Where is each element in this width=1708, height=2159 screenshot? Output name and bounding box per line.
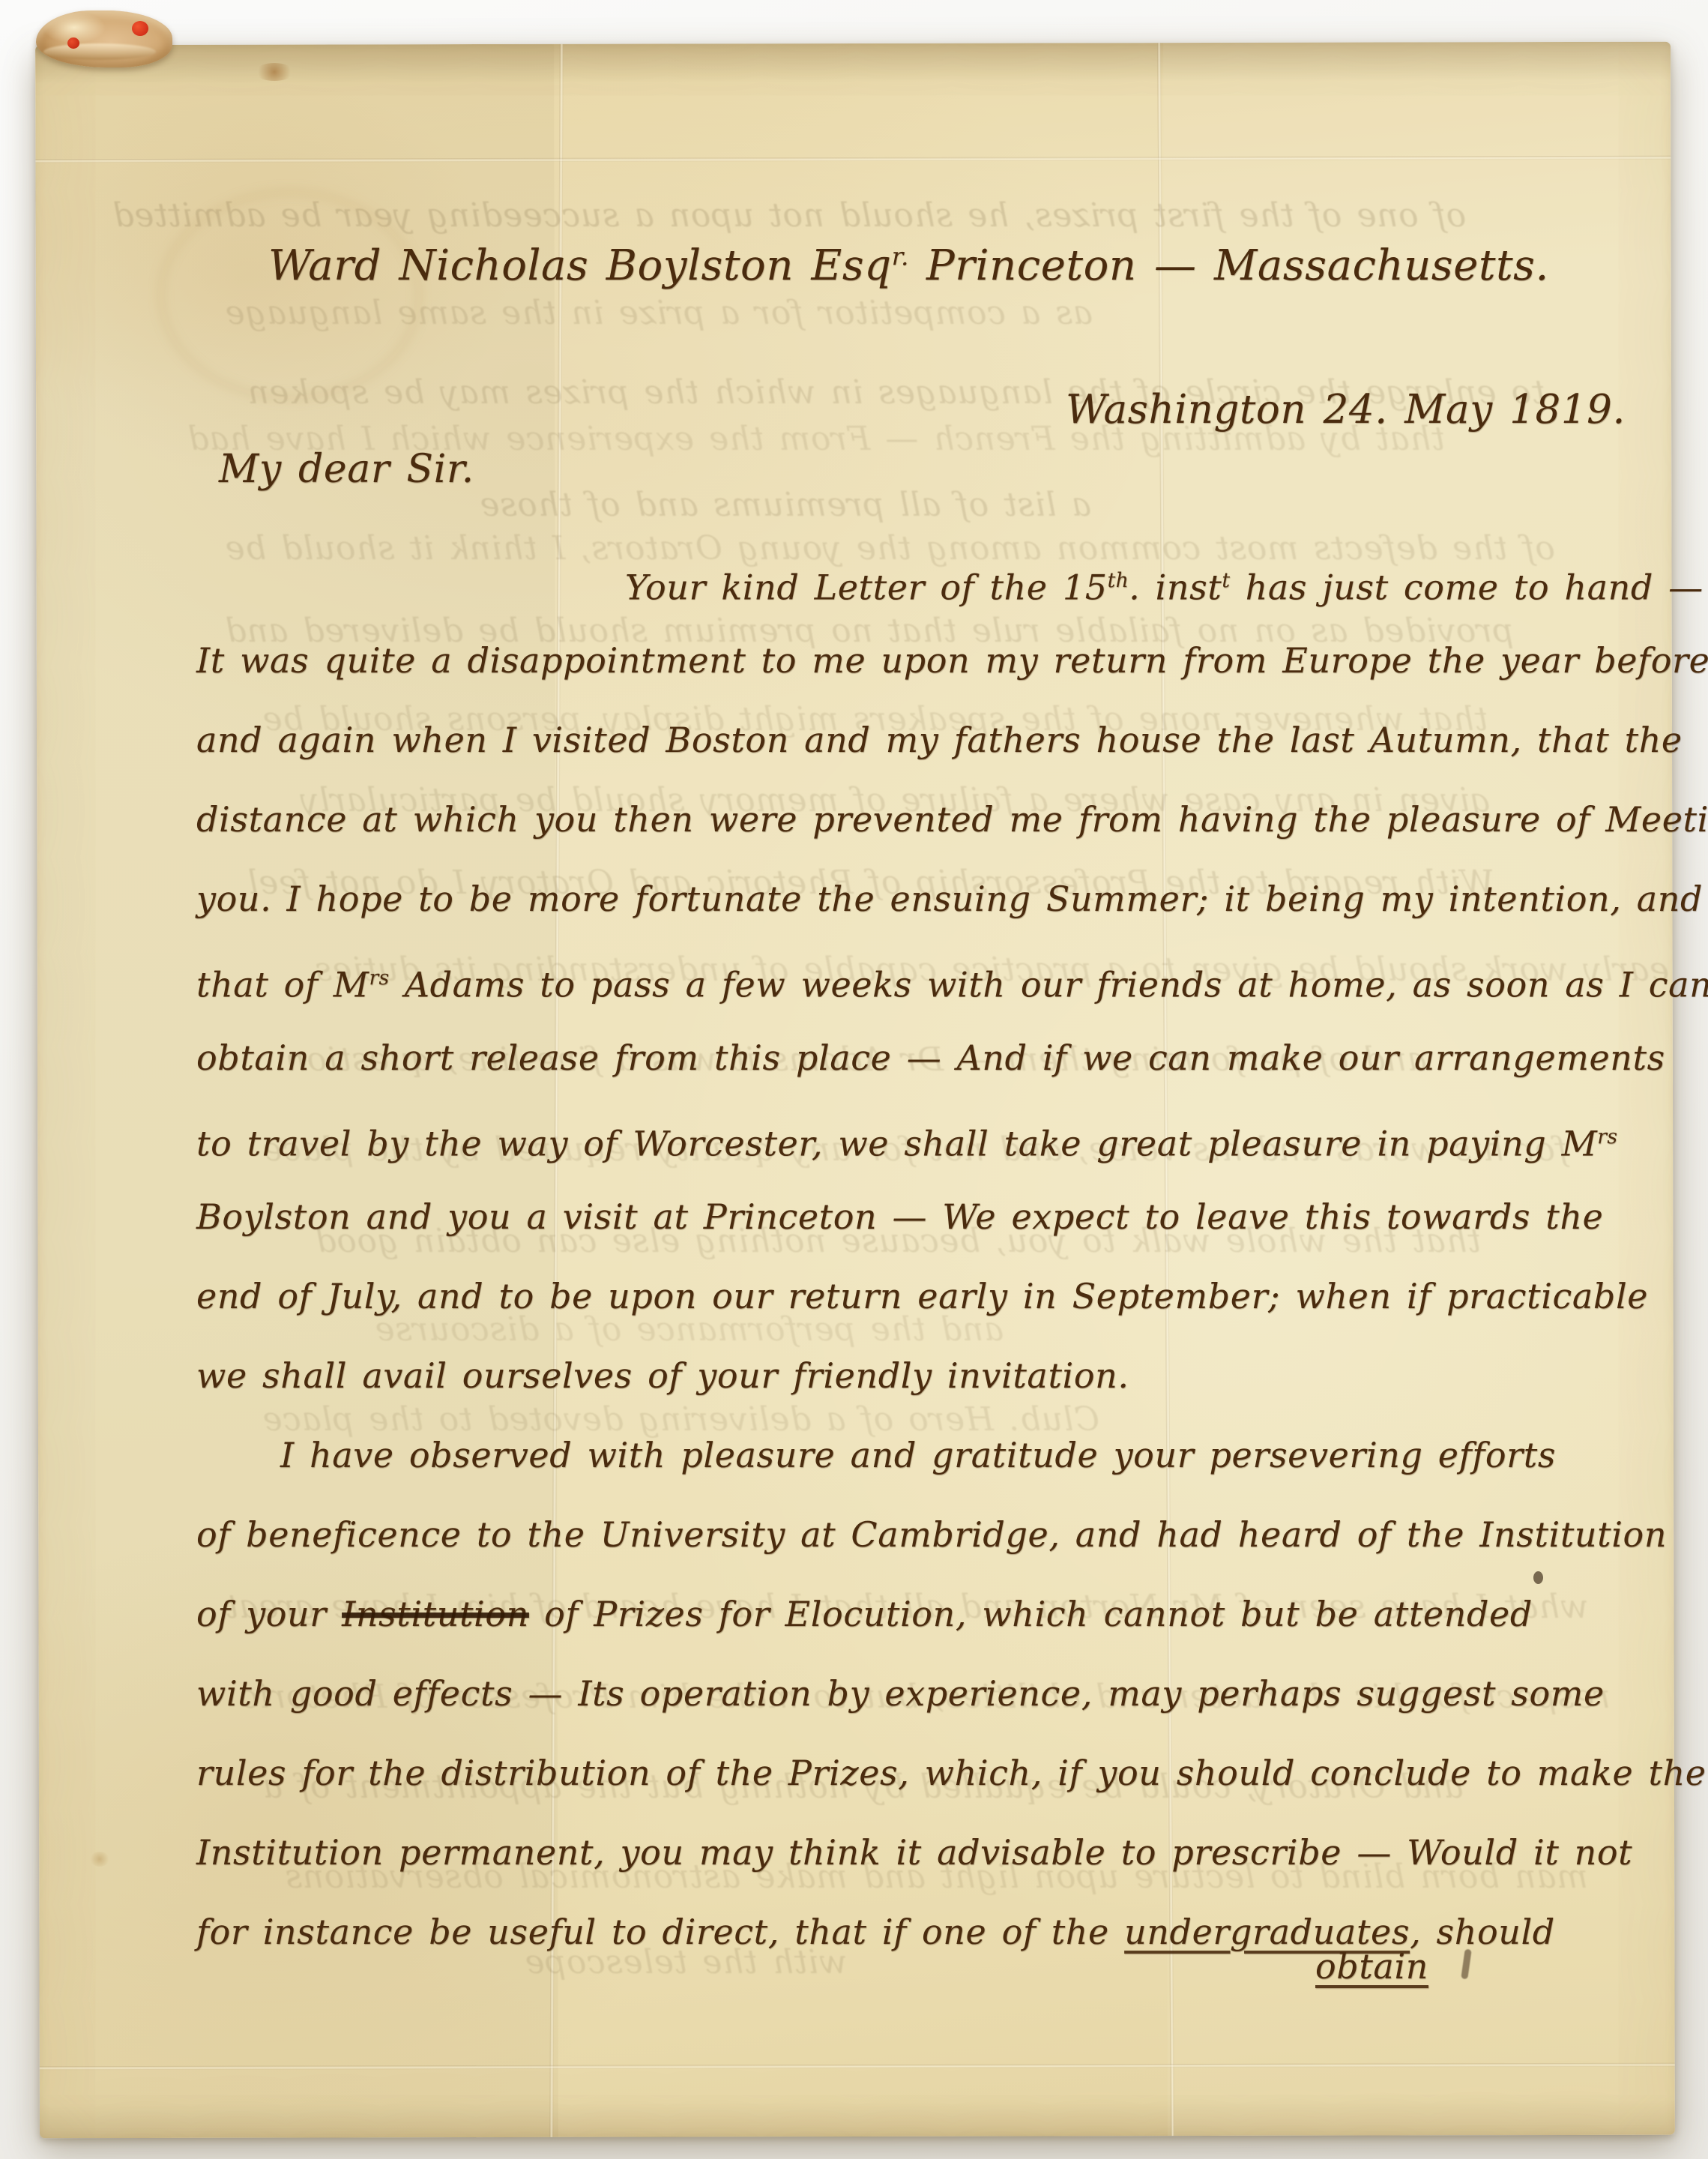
letter-line: end of July, and to be upon our return e…	[196, 1256, 1658, 1336]
text-segment: we shall avail ourselves of your friendl…	[196, 1355, 1129, 1396]
letter-line: and again when I visited Boston and my f…	[196, 700, 1658, 780]
text-segment: to travel by the way of Worcester, we sh…	[196, 1123, 1597, 1163]
letter-line: of your Institution of Prizes for Elocut…	[196, 1574, 1658, 1654]
water-stain	[155, 187, 424, 403]
text-segment: It was quite a disappointment to me upon…	[196, 640, 1708, 681]
catchword: obtain	[1315, 1946, 1428, 1987]
text-segment: for instance be useful to direct, that i…	[196, 1912, 1124, 1952]
text-segment: Institution permanent, you may think it …	[196, 1832, 1632, 1873]
text-segment: obtain a short release from this place —…	[196, 1038, 1665, 1078]
text-segment: of beneficence to the University at Camb…	[196, 1514, 1667, 1555]
text-segment: with good effects — Its operation by exp…	[196, 1673, 1605, 1714]
salutation: My dear Sir.	[219, 447, 474, 492]
text-segment: distance at which you then were prevente…	[196, 799, 1708, 840]
letter-line: we shall avail ourselves of your friendl…	[196, 1336, 1658, 1415]
letter-line: Institution permanent, you may think it …	[196, 1813, 1658, 1892]
text-segment: rs	[1597, 1125, 1617, 1148]
text-segment: t	[1222, 569, 1230, 592]
text-segment: of your	[196, 1594, 342, 1634]
recipient-address-line: Ward Nicholas Boylston Esqr. Princeton —…	[268, 241, 1549, 290]
letter-line: with good effects — Its operation by exp…	[196, 1654, 1658, 1733]
text-segment: th	[1108, 569, 1129, 592]
letter-line: to travel by the way of Worcester, we sh…	[196, 1097, 1658, 1177]
text-segment: I have observed with pleasure and gratit…	[280, 1435, 1556, 1475]
letter-line: that of Mrs Adams to pass a few weeks wi…	[196, 939, 1658, 1018]
letter-line: you. I hope to be more fortunate the ens…	[196, 859, 1658, 939]
text-segment: rs	[369, 966, 390, 990]
text-segment: and again when I visited Boston and my f…	[196, 720, 1683, 760]
letter-line: Boylston and you a visit at Princeton — …	[196, 1177, 1658, 1256]
text-segment: r.	[892, 242, 909, 271]
text-segment: you. I hope to be more fortunate the ens…	[196, 879, 1703, 919]
text-segment: Ward Nicholas Boylston Esq	[268, 241, 892, 290]
letter-line: It was quite a disappointment to me upon…	[196, 621, 1658, 700]
letter-line: rules for the distribution of the Prizes…	[196, 1733, 1658, 1813]
text-segment: . inst	[1129, 567, 1222, 607]
letter-scan: of one of the first prizes, he should no…	[0, 0, 1708, 2159]
letter-line: for instance be useful to direct, that i…	[196, 1892, 1658, 1972]
letter-line: Your kind Letter of the 15th. instt has …	[196, 541, 1658, 621]
red-wax-fleck	[132, 21, 148, 36]
text-segment: of Prizes for Elocution, which cannot bu…	[529, 1594, 1533, 1634]
dateline: Washington 24. May 1819.	[1066, 387, 1626, 433]
letter-line: I have observed with pleasure and gratit…	[196, 1415, 1658, 1495]
text-segment: Princeton — Massachusetts.	[909, 241, 1549, 290]
struck-word: Institution	[342, 1594, 529, 1634]
text-segment: end of July, and to be upon our return e…	[196, 1276, 1648, 1316]
text-segment: Your kind Letter of the 15	[625, 567, 1108, 607]
wax-seal-remnant	[36, 10, 172, 67]
text-segment: that of M	[196, 964, 369, 1005]
letter-body: Your kind Letter of the 15th. instt has …	[196, 541, 1658, 1972]
letter-line: obtain a short release from this place —…	[196, 1018, 1658, 1097]
text-segment: Boylston and you a visit at Princeton — …	[196, 1196, 1603, 1237]
letter-line: of beneficence to the University at Camb…	[196, 1495, 1658, 1574]
text-segment: Adams to pass a few weeks with our frien…	[390, 964, 1708, 1005]
text-segment: rules for the distribution of the Prizes…	[196, 1753, 1707, 1793]
text-segment: , should	[1410, 1912, 1555, 1952]
text-segment: has just come to hand —	[1230, 567, 1703, 607]
red-wax-fleck	[67, 37, 79, 49]
letter-line: distance at which you then were prevente…	[196, 780, 1658, 859]
wax-seal-ridge	[43, 43, 156, 60]
